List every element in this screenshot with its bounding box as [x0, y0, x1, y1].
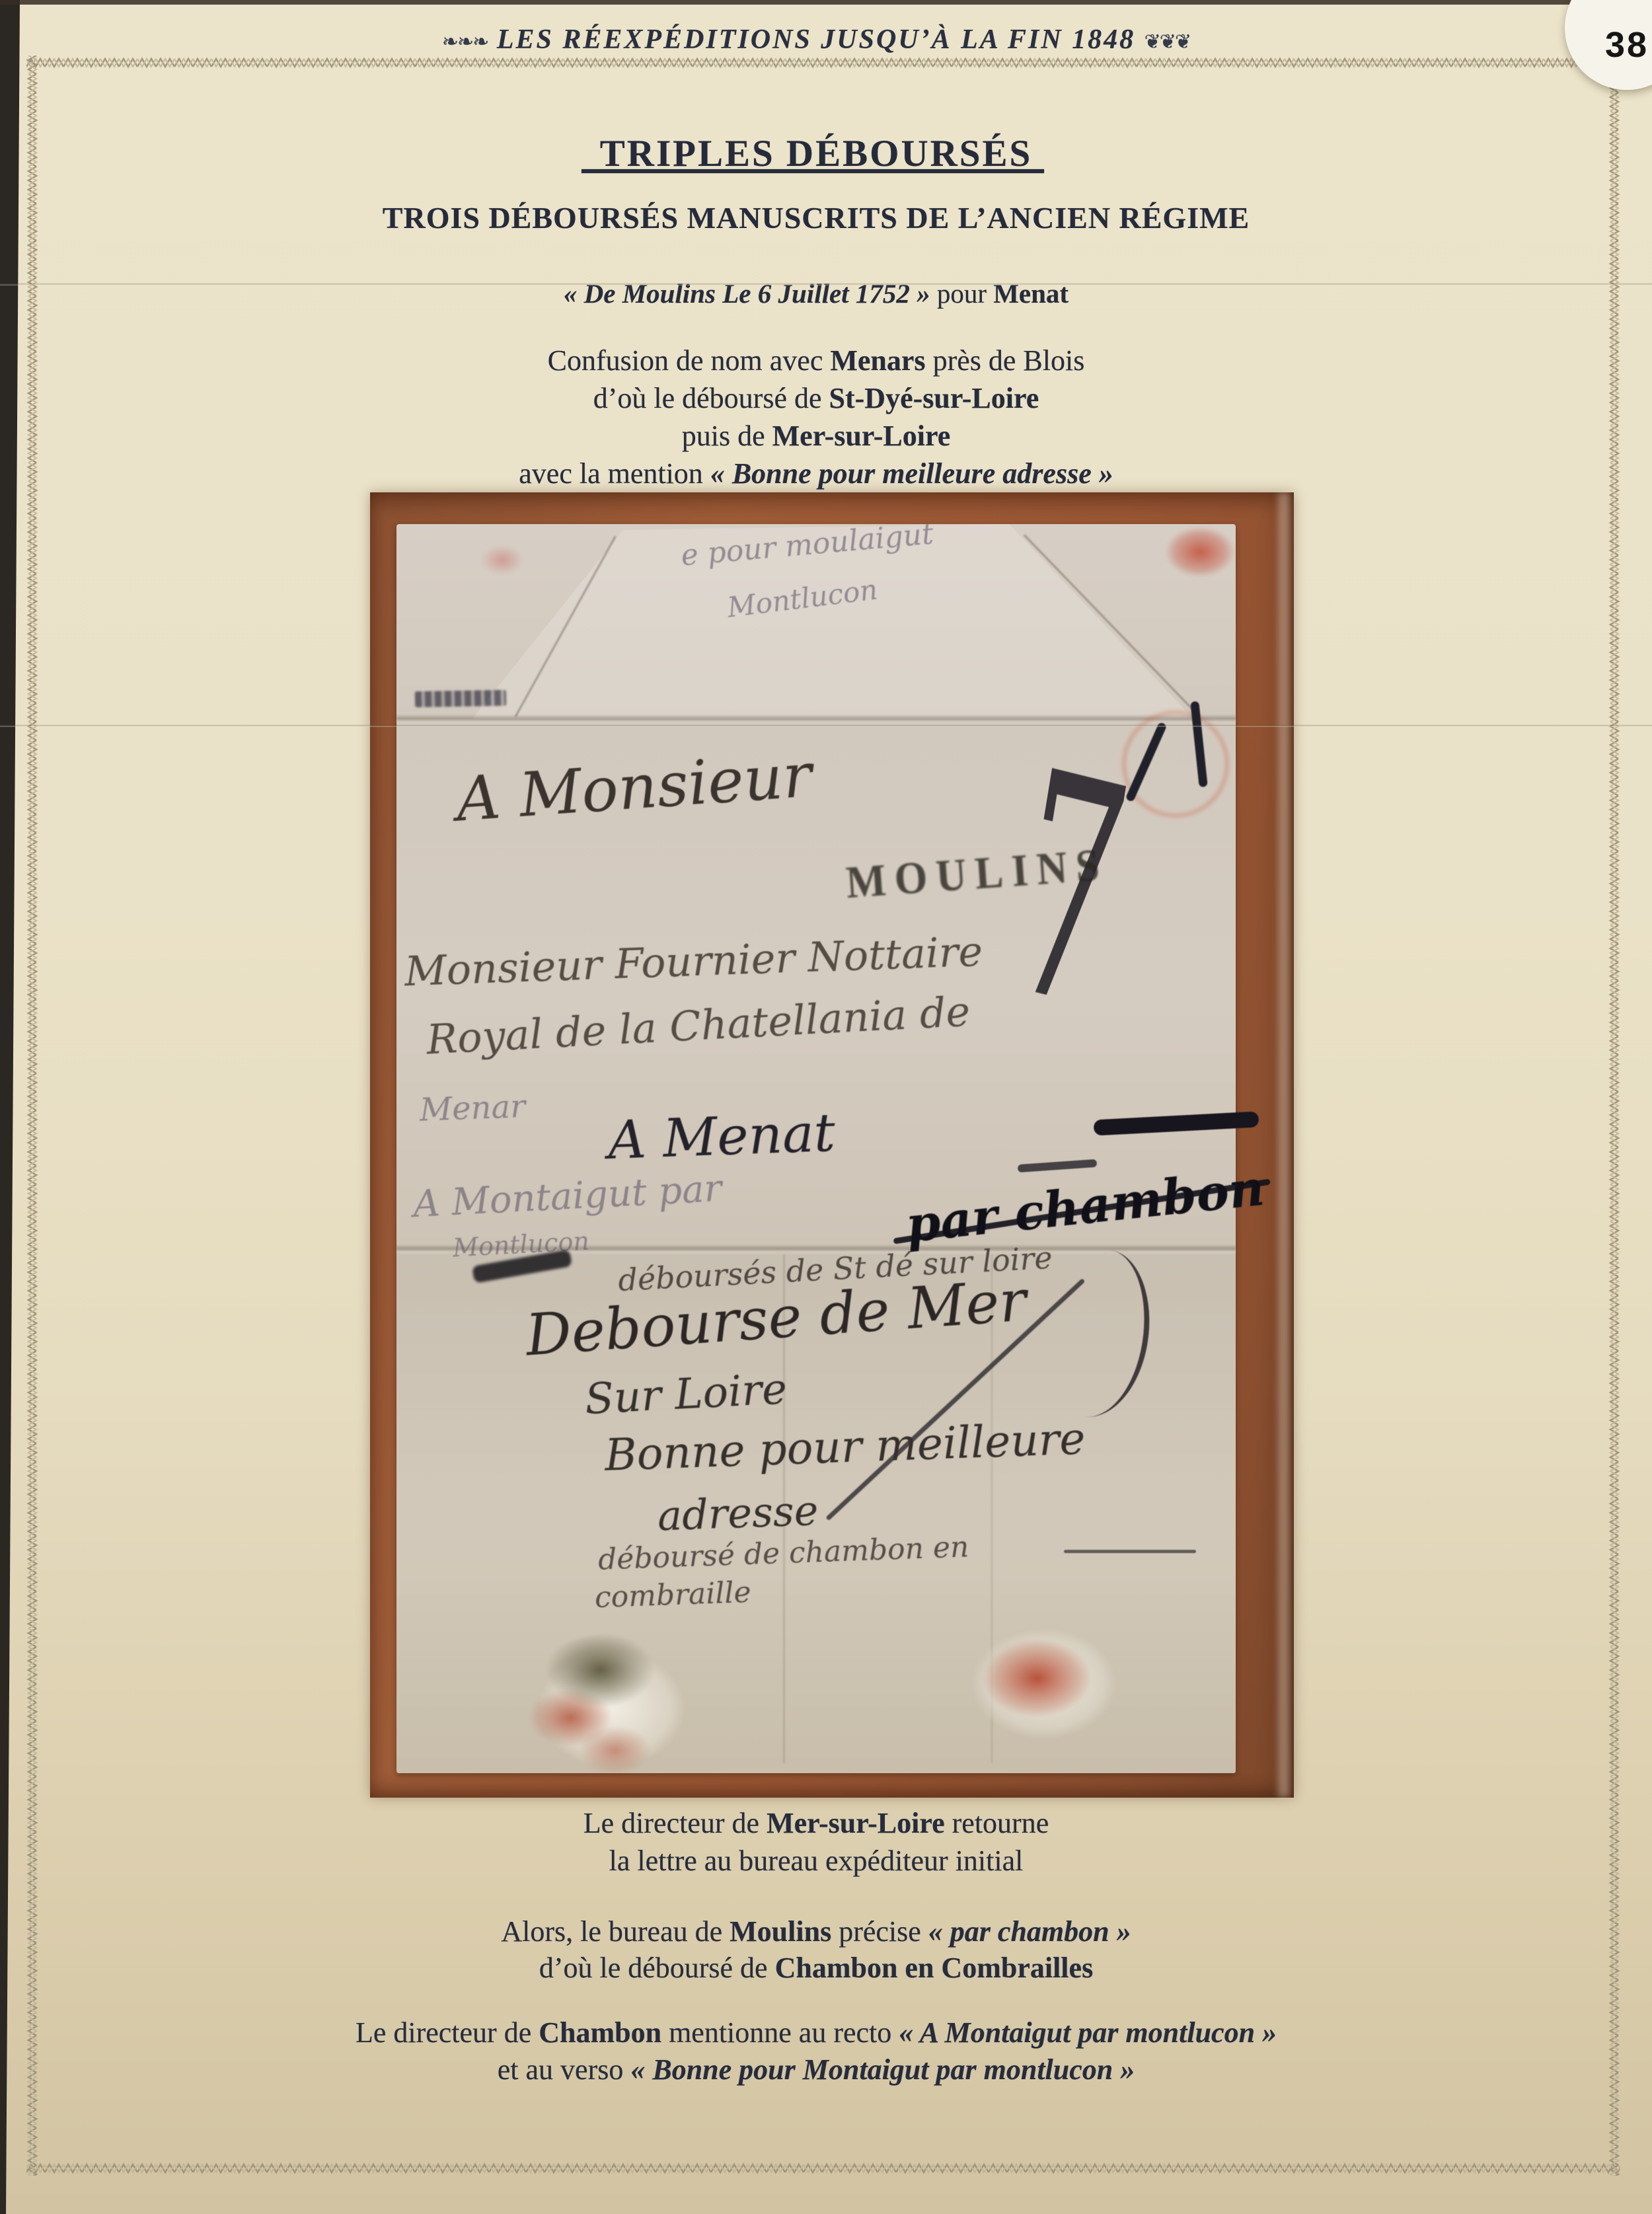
caption-line-2: la lettre au bureau expéditeur initial — [0, 1844, 1632, 1878]
exhibit-title: LES RÉEXPÉDITIONS JUSQU’À LA FIN 1848 — [497, 24, 1135, 55]
dateline-quote: « De Moulins Le 6 Juillet 1752 » — [564, 278, 930, 309]
para2-1c: précise — [831, 1915, 928, 1948]
para2-1a: Alors, le bureau de — [501, 1915, 730, 1948]
para2-line-1: Alors, le bureau de Moulins précise « pa… — [0, 1915, 1632, 1948]
para2-2b: Chambon en Combrailles — [775, 1952, 1094, 1984]
intro-2b: St-Dyé-sur-Loire — [829, 382, 1039, 414]
zigzag-border-right — [1607, 56, 1622, 2176]
cover-photo: e pour moulaigut Montlucon A Monsieur 7 … — [370, 492, 1294, 1798]
caption-1c: retourne — [945, 1807, 1049, 1839]
flourish-left-icon: ❧❧❧ — [442, 30, 488, 54]
intro-line-1: Confusion de nom avec Menars près de Blo… — [0, 344, 1632, 377]
zigzag-border-left — [25, 56, 40, 2176]
caption-line-1: Le directeur de Mer-sur-Loire retourne — [0, 1806, 1632, 1840]
intro-1b: Menars — [830, 344, 925, 377]
page-dark-edge-left — [0, 0, 20, 2214]
flourish-right-icon: ❦❦❦ — [1145, 30, 1190, 54]
para2-line-2: d’où le déboursé de Chambon en Combraill… — [0, 1951, 1632, 1985]
title-underline — [582, 169, 1044, 173]
intro-4a: avec la mention — [519, 457, 710, 490]
intro-1a: Confusion de nom avec — [548, 344, 831, 377]
intro-3a: puis de — [682, 420, 772, 452]
dateline: « De Moulins Le 6 Juillet 1752 » pour Me… — [0, 278, 1632, 309]
para3-line-2: et au verso « Bonne pour Montaigut par m… — [0, 2053, 1632, 2086]
zigzag-border-bottom — [26, 2161, 1620, 2176]
page-number-disc: 38 — [1565, 0, 1652, 90]
intro-line-3: puis de Mer-sur-Loire — [0, 419, 1632, 453]
intro-2a: d’où le déboursé de — [593, 382, 829, 414]
page-subtitle: TROIS DÉBOURSÉS MANUSCRITS DE L’ANCIEN R… — [0, 200, 1632, 235]
para3-2a: et au verso — [498, 2053, 631, 2086]
intro-1c: près de Blois — [926, 344, 1085, 377]
dateline-place: Menat — [993, 278, 1069, 309]
caption-1b: Mer-sur-Loire — [767, 1807, 945, 1839]
para3-1d: « A Montaigut par montlucon » — [899, 2016, 1277, 2049]
exhibit-header: ❧❧❧ LES RÉEXPÉDITIONS JUSQU’À LA FIN 184… — [0, 24, 1632, 56]
para2-2a: d’où le déboursé de — [539, 1952, 775, 1984]
zigzag-border-top — [26, 56, 1620, 70]
intro-3b: Mer-sur-Loire — [772, 420, 951, 452]
para3-1b: Chambon — [539, 2016, 661, 2049]
album-page: 38 ❧❧❧ LES RÉEXPÉDITIONS JUSQU’À LA FIN … — [0, 0, 1652, 2214]
caption-1a: Le directeur de — [583, 1807, 767, 1839]
para2-1d: « par chambon » — [928, 1915, 1131, 1948]
para3-1a: Le directeur de — [356, 2016, 539, 2049]
page-dark-edge-top — [0, 0, 1652, 5]
photo-inner-shadow — [370, 492, 1294, 1798]
dateline-mid: pour — [930, 278, 994, 309]
intro-line-2: d’où le déboursé de St-Dyé-sur-Loire — [0, 381, 1632, 415]
sleeve-glare — [1278, 492, 1290, 1798]
para3-line-1: Le directeur de Chambon mentionne au rec… — [0, 2016, 1632, 2049]
para2-1b: Moulins — [730, 1915, 831, 1948]
para3-1c: mentionne au recto — [661, 2016, 899, 2049]
intro-line-4: avec la mention « Bonne pour meilleure a… — [0, 457, 1632, 490]
page-number: 38 — [1605, 24, 1649, 65]
intro-4b: « Bonne pour meilleure adresse » — [710, 457, 1113, 490]
para3-2b: « Bonne pour Montaigut par montlucon » — [630, 2053, 1135, 2086]
